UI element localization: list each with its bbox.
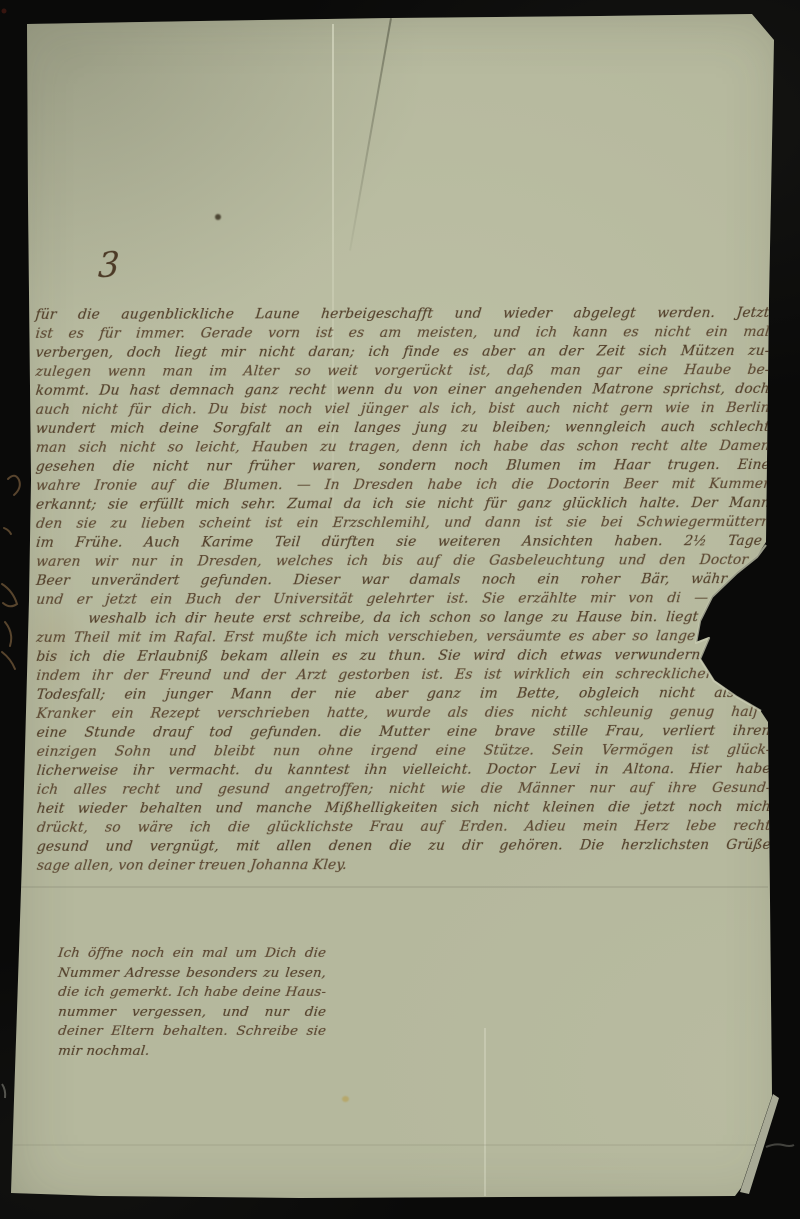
- postscript-line: Ich öffne noch ein mal um Dich die: [57, 944, 327, 964]
- handwriting-line: kommt. Du hast demnach ganz recht wenn d…: [35, 381, 771, 402]
- handwriting-line: für die augenblickliche Laune herbeigesc…: [34, 305, 770, 326]
- postscript-line: deiner Eltern behalten. Schreibe sie: [57, 1022, 327, 1042]
- handwriting-line: licherweise ihr vermacht. du kanntest ih…: [36, 761, 772, 782]
- handwriting-line: ich alles recht und gesund angetroffen; …: [36, 780, 772, 801]
- handwriting-line: wundert mich deine Sorgfalt an ein lange…: [35, 419, 771, 440]
- handwriting-line: gesund und vergnügt, mit allen denen die…: [36, 837, 772, 858]
- handwriting-line: bis ich die Erlaubniß bekam allein es zu…: [35, 647, 771, 668]
- fold-line-vertical-bottom: [484, 1028, 486, 1196]
- diagonal-crease: [349, 18, 391, 251]
- handwriting-line: zum Theil mit im Rafal. Erst mußte ich m…: [35, 628, 771, 649]
- handwriting-line: ist es für immer. Gerade vorn ist es am …: [34, 324, 770, 345]
- fold-line-horizontal-bottom: [14, 1144, 766, 1146]
- letter-body: für die augenblickliche Laune herbeigesc…: [35, 305, 770, 877]
- ink-blot: [215, 214, 221, 220]
- handwriting-line: einzigen Sohn und bleibt nun ohne irgend…: [35, 742, 771, 763]
- handwriting-line: Kranker ein Rezept verschrieben hatte, w…: [35, 704, 771, 725]
- handwriting-line: drückt, so wäre ich die glücklichste Fra…: [36, 818, 772, 839]
- handwriting-line-signature: sage allen, von deiner treuen Johanna Kl…: [36, 856, 772, 877]
- handwriting-line: und er jetzt ein Buch der Universität ge…: [35, 590, 771, 611]
- handwriting-line: heit wieder behalten und manche Mißhelli…: [36, 799, 772, 820]
- page-number: 3: [97, 245, 120, 287]
- handwriting-line: Beer unverändert gefunden. Dieser war da…: [35, 571, 771, 592]
- handwriting-line: auch nicht für dich. Du bist noch viel j…: [35, 400, 771, 421]
- postscript-line: die ich gemerkt. Ich habe deine Haus-: [57, 983, 327, 1003]
- handwriting-line: zulegen wenn man im Alter so weit vorger…: [34, 362, 770, 383]
- postscript-line: Nummer Adresse besonders zu lesen,: [57, 964, 327, 984]
- handwriting-line: erkannt; sie erfüllt mich sehr. Zumal da…: [35, 495, 771, 516]
- stain-spot: [342, 1096, 349, 1102]
- handwriting-line-paragraph-start: weshalb ich dir heute erst schreibe, da …: [35, 609, 771, 630]
- handwriting-line: im Frühe. Auch Karime Teil dürften sie w…: [35, 533, 771, 554]
- postscript-line: nummer vergessen, und nur die: [57, 1003, 327, 1023]
- handwriting-line: Todesfall; ein junger Mann der nie aber …: [35, 685, 771, 706]
- handwriting-line: eine Stunde drauf tod gefunden. die Mutt…: [35, 723, 771, 744]
- postscript: Ich öffne noch ein mal um Dich die Numme…: [58, 944, 326, 1061]
- postscript-line: mir nochmal.: [57, 1042, 327, 1062]
- handwriting-line: waren wir nur in Dresden, welches ich bi…: [35, 552, 771, 573]
- handwriting-line: gesehen die nicht nur früher waren, sond…: [35, 457, 771, 478]
- handwriting-line: indem ihr der Freund und der Arzt gestor…: [35, 666, 771, 687]
- letter-sheet: 3 für die augenblickliche Laune herbeige…: [0, 0, 800, 1219]
- fold-line-horizontal: [20, 886, 768, 888]
- handwriting-line: wahre Ironie auf die Blumen. — In Dresde…: [35, 476, 771, 497]
- handwriting-line: verbergen, doch liegt mir nicht daran; i…: [34, 343, 770, 364]
- handwriting-line: man sich nicht so leicht, Hauben zu trag…: [35, 438, 771, 459]
- handwriting-line: den sie zu lieben scheint ist ein Erzsch…: [35, 514, 771, 535]
